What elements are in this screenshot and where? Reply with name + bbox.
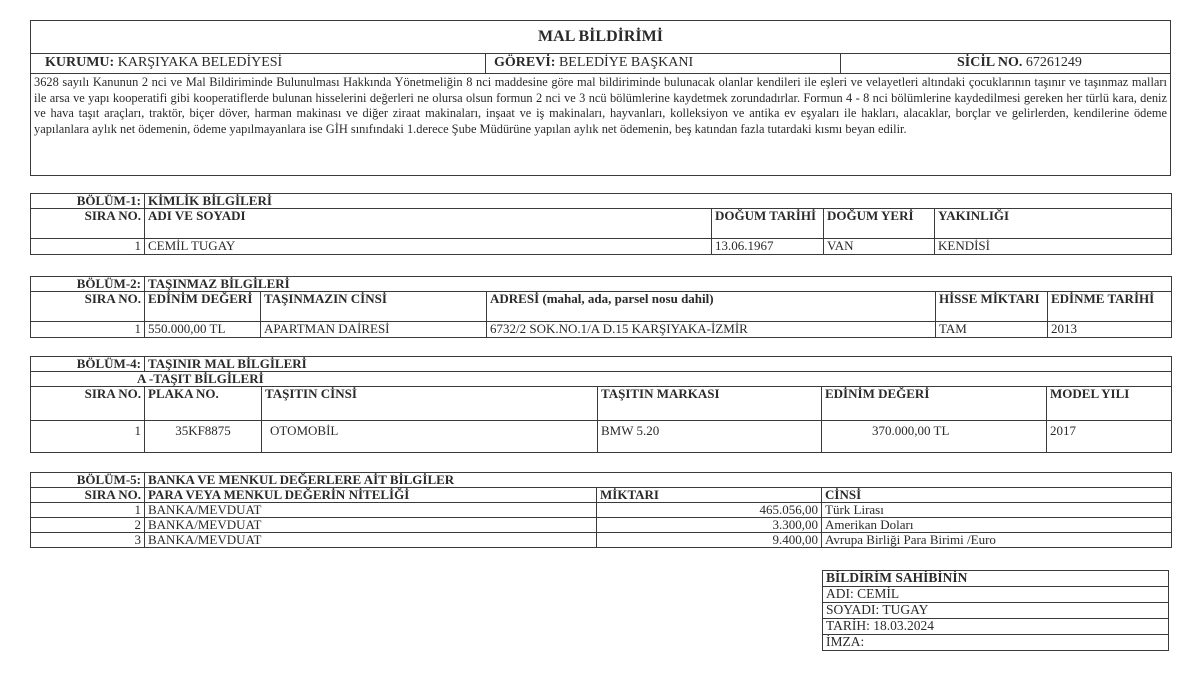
col-header: SIRA NO.	[31, 292, 145, 322]
section4-subtitle: A -TAŞIT BİLGİLERİ	[31, 372, 1172, 387]
signature-date: TARİH: 18.03.2024	[823, 619, 1169, 635]
col-header: SIRA NO.	[31, 387, 145, 421]
section5-title: BANKA VE MENKUL DEĞERLERE AİT BİLGİLER	[145, 473, 1172, 488]
col-header: DOĞUM YERİ	[824, 209, 935, 239]
col-header: TAŞITIN CİNSİ	[262, 387, 598, 421]
registry-value: 67261249	[1026, 55, 1082, 70]
section5-label: BÖLÜM-5:	[31, 473, 145, 488]
signature-name: ADI: CEMİL	[823, 587, 1169, 603]
cell-name: CEMİL TUGAY	[145, 239, 712, 255]
section1-table: BÖLÜM-1: KİMLİK BİLGİLERİ SIRA NO. ADI V…	[30, 193, 1172, 255]
cell-relation: KENDİSİ	[935, 239, 1172, 255]
col-header: SIRA NO.	[31, 209, 145, 239]
cell-value: 550.000,00 TL	[145, 322, 261, 338]
registry-label: SİCİL NO.	[957, 55, 1022, 70]
col-header: EDİNİM DEĞERİ	[145, 292, 261, 322]
institution-field: KURUMU: KARŞIYAKA BELEDİYESİ	[30, 53, 486, 74]
position-label: GÖREVİ:	[494, 55, 555, 70]
institution-value: KARŞIYAKA BELEDİYESİ	[118, 55, 283, 70]
section2-table: BÖLÜM-2: TAŞINMAZ BİLGİLERİ SIRA NO. EDİ…	[30, 276, 1172, 338]
section4-table: BÖLÜM-4: TAŞINIR MAL BİLGİLERİ A -TAŞIT …	[30, 356, 1172, 453]
position-value: BELEDİYE BAŞKANI	[559, 55, 693, 70]
section2-title: TAŞINMAZ BİLGİLERİ	[145, 277, 1172, 292]
col-header: MODEL YILI	[1047, 387, 1172, 421]
cell-vehicle-type: OTOMOBİL	[262, 421, 598, 453]
section5-table: BÖLÜM-5: BANKA VE MENKUL DEĞERLERE AİT B…	[30, 472, 1172, 548]
cell-address: 6732/2 SOK.NO.1/A D.15 KARŞIYAKA-İZMİR	[487, 322, 936, 338]
signature-title: BİLDİRİM SAHİBİNİN	[823, 571, 1169, 587]
cell-type: APARTMAN DAİRESİ	[261, 322, 487, 338]
cell-amount: 465.056,00	[597, 503, 822, 518]
signature-field: İMZA:	[823, 635, 1169, 651]
cell-type: BANKA/MEVDUAT	[145, 533, 597, 548]
section1-title: KİMLİK BİLGİLERİ	[145, 194, 1172, 209]
position-field: GÖREVİ: BELEDİYE BAŞKANI	[485, 53, 841, 74]
cell-sira: 3	[31, 533, 145, 548]
cell-sira: 2	[31, 518, 145, 533]
col-header: MİKTARI	[597, 488, 822, 503]
document-title: MAL BİLDİRİMİ	[30, 20, 1171, 54]
cell-sira: 1	[31, 503, 145, 518]
table-row: 1 550.000,00 TL APARTMAN DAİRESİ 6732/2 …	[31, 322, 1172, 338]
cell-currency: Avrupa Birliği Para Birimi /Euro	[822, 533, 1172, 548]
cell-amount: 9.400,00	[597, 533, 822, 548]
col-header: ADI VE SOYADI	[145, 209, 712, 239]
col-header: SIRA NO.	[31, 488, 145, 503]
cell-brand: BMW 5.20	[598, 421, 822, 453]
table-row: 2 BANKA/MEVDUAT 3.300,00 Amerikan Doları	[31, 518, 1172, 533]
section4-label: BÖLÜM-4:	[31, 357, 145, 372]
cell-type: BANKA/MEVDUAT	[145, 503, 597, 518]
cell-share: TAM	[936, 322, 1048, 338]
section2-label: BÖLÜM-2:	[31, 277, 145, 292]
header-info-row: KURUMU: KARŞIYAKA BELEDİYESİ GÖREVİ: BEL…	[30, 53, 1171, 74]
section4-title: TAŞINIR MAL BİLGİLERİ	[145, 357, 1172, 372]
col-header: ADRESİ (mahal, ada, parsel nosu dahil)	[487, 292, 936, 322]
cell-model-year: 2017	[1047, 421, 1172, 453]
cell-currency: Türk Lirası	[822, 503, 1172, 518]
cell-birth-place: VAN	[824, 239, 935, 255]
signature-surname: SOYADI: TUGAY	[823, 603, 1169, 619]
col-header: EDİNİM DEĞERİ	[822, 387, 1047, 421]
col-header: PLAKA NO.	[145, 387, 262, 421]
col-header: TAŞINMAZIN CİNSİ	[261, 292, 487, 322]
col-header: HİSSE MİKTARI	[936, 292, 1048, 322]
cell-amount: 3.300,00	[597, 518, 822, 533]
cell-birth-date: 13.06.1967	[712, 239, 824, 255]
table-row: 3 BANKA/MEVDUAT 9.400,00 Avrupa Birliği …	[31, 533, 1172, 548]
table-row: 1 CEMİL TUGAY 13.06.1967 VAN KENDİSİ	[31, 239, 1172, 255]
cell-currency: Amerikan Doları	[822, 518, 1172, 533]
registry-field: SİCİL NO. 67261249	[840, 53, 1171, 74]
col-header: EDİNME TARİHİ	[1048, 292, 1172, 322]
table-row: 1 BANKA/MEVDUAT 465.056,00 Türk Lirası	[31, 503, 1172, 518]
signature-block: BİLDİRİM SAHİBİNİN ADI: CEMİL SOYADI: TU…	[822, 570, 1169, 651]
cell-sira: 1	[31, 421, 145, 453]
col-header: PARA VEYA MENKUL DEĞERİN NİTELİĞİ	[145, 488, 597, 503]
cell-acq-date: 2013	[1048, 322, 1172, 338]
institution-label: KURUMU:	[45, 55, 114, 70]
cell-sira: 1	[31, 239, 145, 255]
col-header: TAŞITIN MARKASI	[598, 387, 822, 421]
intro-paragraph: 3628 sayılı Kanunun 2 nci ve Mal Bildiri…	[30, 73, 1171, 176]
section1-label: BÖLÜM-1:	[31, 194, 145, 209]
cell-sira: 1	[31, 322, 145, 338]
cell-plate: 35KF8875	[145, 421, 262, 453]
cell-value: 370.000,00 TL	[822, 421, 1047, 453]
col-header: CİNSİ	[822, 488, 1172, 503]
col-header: YAKINLIĞI	[935, 209, 1172, 239]
table-row: 1 35KF8875 OTOMOBİL BMW 5.20 370.000,00 …	[31, 421, 1172, 453]
cell-type: BANKA/MEVDUAT	[145, 518, 597, 533]
col-header: DOĞUM TARİHİ	[712, 209, 824, 239]
